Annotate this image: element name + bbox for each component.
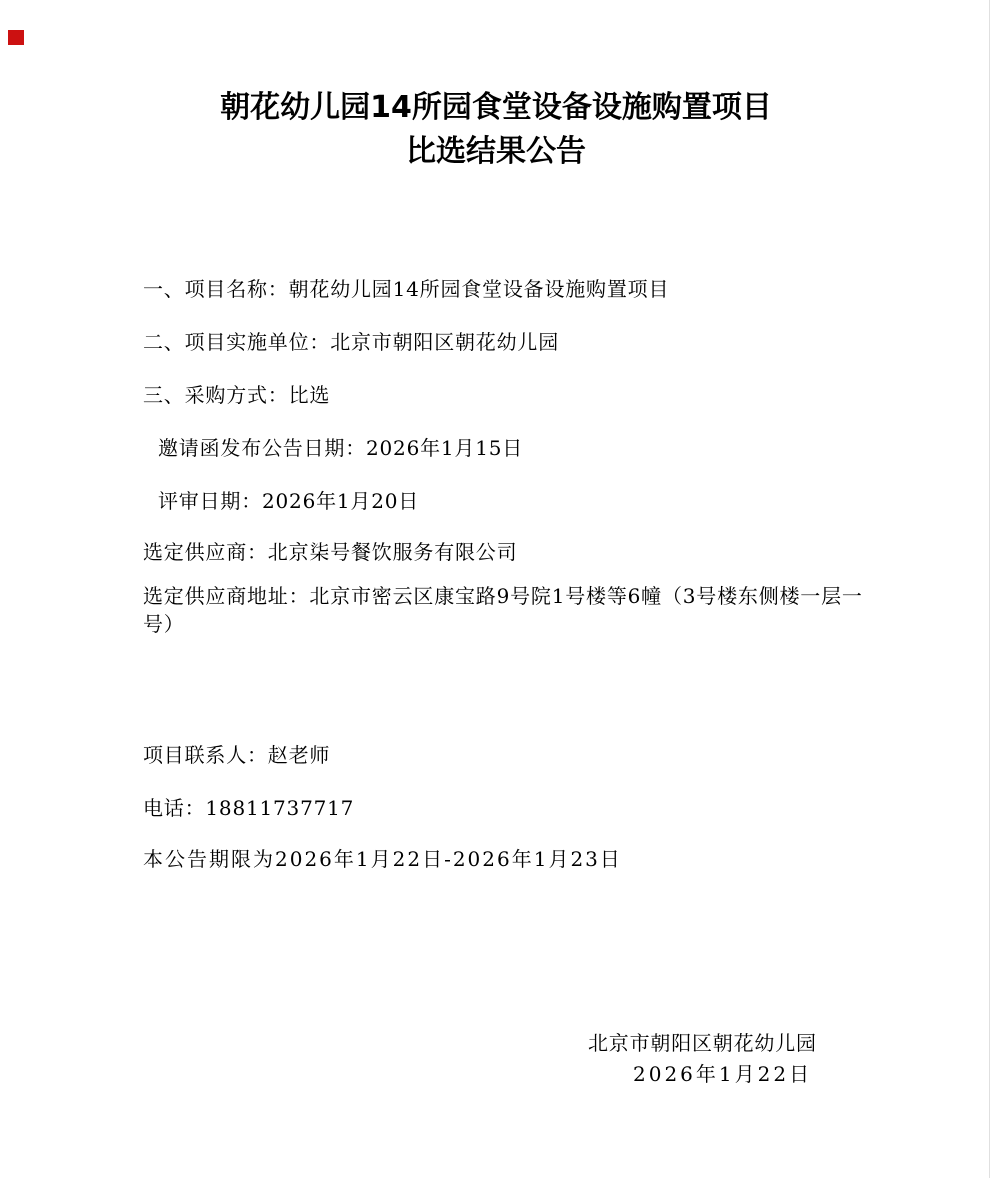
right-edge-line	[989, 0, 990, 1178]
paragraph-review-date: 评审日期：2026年1月20日	[158, 489, 419, 513]
paragraph-notice-period: 本公告期限为2026年1月22日-2026年1月23日	[143, 847, 622, 871]
signature-date: 2026年1月22日	[633, 1061, 812, 1087]
paragraph-selected-supplier: 选定供应商：北京柒号餐饮服务有限公司	[143, 540, 517, 564]
paragraph-implementing-unit: 二、项目实施单位：北京市朝阳区朝花幼儿园	[143, 330, 559, 354]
document-page: 朝花幼儿园14所园食堂设备设施购置项目 比选结果公告 一、项目名称：朝花幼儿园1…	[0, 0, 992, 1178]
paragraph-contact-person: 项目联系人：赵老师	[143, 743, 330, 767]
document-title-line1: 朝花幼儿园14所园食堂设备设施购置项目	[0, 90, 992, 126]
paragraph-invitation-notice-date: 邀请函发布公告日期：2026年1月15日	[158, 436, 523, 460]
paragraph-procurement-method: 三、采购方式：比选	[143, 383, 330, 407]
signature-organization: 北京市朝阳区朝花幼儿园	[588, 1030, 817, 1056]
paragraph-supplier-address: 选定供应商地址：北京市密云区康宝路9号院1号楼等6幢（3号楼东侧楼一层一号）	[143, 583, 881, 638]
paragraph-phone: 电话：18811737717	[143, 796, 354, 820]
corner-marker	[8, 30, 24, 45]
paragraph-project-name: 一、项目名称：朝花幼儿园14所园食堂设备设施购置项目	[143, 277, 669, 301]
document-title-line2: 比选结果公告	[0, 134, 992, 170]
